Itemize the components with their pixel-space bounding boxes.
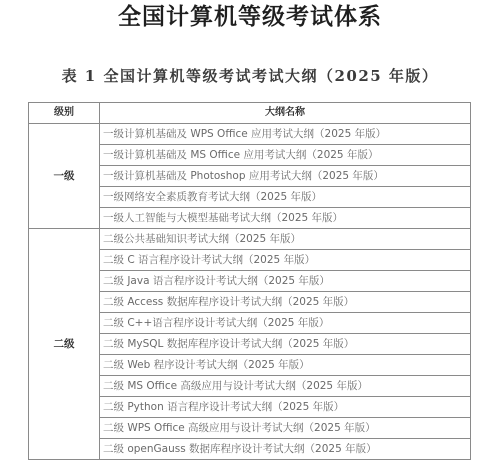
table-header-row: 级别 大纲名称 [29,103,471,124]
outline-name-cell: 二级 C 语言程序设计考试大纲（2025 年版） [100,250,471,271]
level-cell-2: 二级 [29,229,100,460]
table-row: 二级 二级公共基础知识考试大纲（2025 年版） [29,229,471,250]
outline-name-cell: 二级 C++语言程序设计考试大纲（2025 年版） [100,313,471,334]
page-title: 全国计算机等级考试体系 [0,3,500,31]
outline-name-cell: 一级计算机基础及 WPS Office 应用考试大纲（2025 年版） [100,124,471,145]
outline-name-cell: 二级 Python 语言程序设计考试大纲（2025 年版） [100,397,471,418]
outline-name-cell: 二级 openGauss 数据库程序设计考试大纲（2025 年版） [100,439,471,460]
outline-name-cell: 二级 Access 数据库程序设计考试大纲（2025 年版） [100,292,471,313]
outline-name-cell: 一级网络安全素质教育考试大纲（2025 年版） [100,187,471,208]
outline-name-cell: 一级计算机基础及 MS Office 应用考试大纲（2025 年版） [100,145,471,166]
exam-outline-table: 级别 大纲名称 一级 一级计算机基础及 WPS Office 应用考试大纲（20… [28,102,471,460]
outline-name-cell: 一级人工智能与大模型基础考试大纲（2025 年版） [100,208,471,229]
outline-name-cell: 二级 WPS Office 高级应用与设计考试大纲（2025 年版） [100,418,471,439]
outline-name-cell: 二级 MS Office 高级应用与设计考试大纲（2025 年版） [100,376,471,397]
table-row: 一级 一级计算机基础及 WPS Office 应用考试大纲（2025 年版） [29,124,471,145]
outline-name-cell: 二级 Web 程序设计考试大纲（2025 年版） [100,355,471,376]
outline-name-cell: 二级 Java 语言程序设计考试大纲（2025 年版） [100,271,471,292]
outline-name-cell: 二级 MySQL 数据库程序设计考试大纲（2025 年版） [100,334,471,355]
header-level: 级别 [29,103,100,124]
outline-name-cell: 二级公共基础知识考试大纲（2025 年版） [100,229,471,250]
table-caption: 表 1 全国计算机等级考试考试大纲（2025 年版） [0,66,500,86]
outline-name-cell: 一级计算机基础及 Photoshop 应用考试大纲（2025 年版） [100,166,471,187]
header-outline-name: 大纲名称 [100,103,471,124]
level-cell-1: 一级 [29,124,100,229]
